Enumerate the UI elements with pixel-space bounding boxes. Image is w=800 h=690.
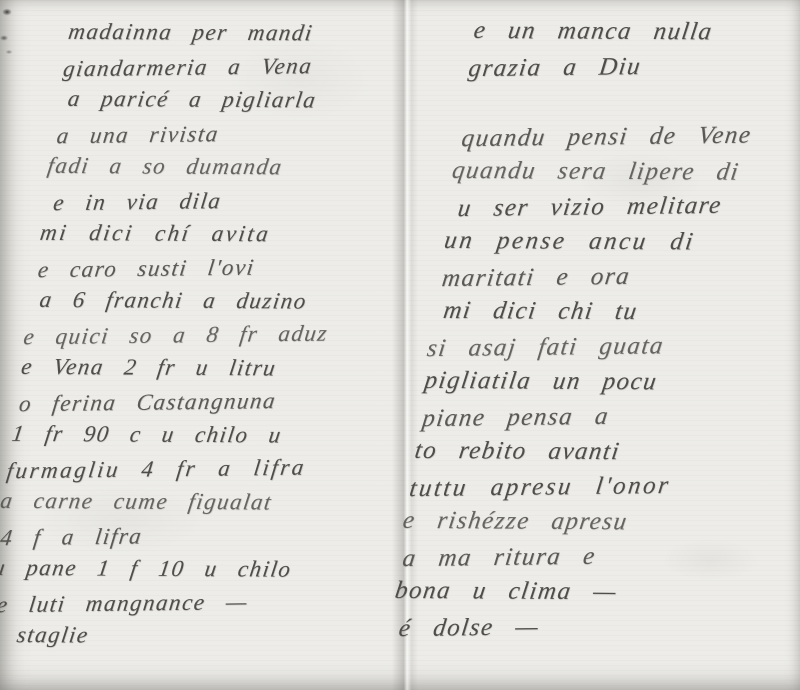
handwritten-line: e un manca nulla (471, 13, 800, 50)
handwritten-line: giandarmeria a Vena (61, 47, 438, 85)
letter-page-left: madainna per mandigiandarmeria a Venaa p… (0, 16, 443, 653)
line-gap (471, 83, 800, 120)
handwritten-line: e caro susti l'ovi (36, 248, 410, 286)
handwritten-line: mi dici chí avita (38, 216, 415, 252)
handwritten-line: madainna per mandi (66, 15, 443, 51)
handwritten-line: pigliatila un pocu (422, 363, 783, 400)
handwritten-line: to rebito avanti (412, 433, 773, 470)
handwritten-line: e quici so a 8 fr aduz (22, 315, 401, 353)
letter-scan: madainna per mandigiandarmeria a Venaa p… (0, 0, 800, 690)
handwritten-line: un pense ancu di (442, 223, 800, 260)
handwritten-line: a staglie (0, 618, 358, 654)
handwritten-line: bona u clima — (393, 573, 754, 610)
handwritten-line: e luti mangnance — (0, 583, 363, 621)
handwritten-line: 1 fr 90 c u chilo u (10, 417, 387, 453)
handwritten-line: e Vena 2 fr u litru (19, 350, 396, 386)
letter-page-right: e un manca nullagrazia a Diuquandu pensi… (388, 14, 800, 644)
handwritten-line: u ser vizio melitare (456, 187, 800, 226)
handwritten-line: u pane 1 f 10 u chilo (0, 551, 367, 587)
handwritten-line: 4 f a lifra (0, 516, 372, 554)
handwritten-line: a paricé a pigliarla (66, 82, 434, 118)
handwritten-line: quandu sera lipere di (450, 153, 800, 190)
handwritten-line: e rishézze apresu (401, 503, 764, 540)
corner-ink-mark (0, 4, 16, 56)
handwritten-line: é dolse — (397, 607, 749, 646)
handwritten-line: quandu pensi de Vene (460, 117, 800, 156)
handwritten-line: a una rivista (55, 114, 429, 152)
handwritten-line: maritati e ora (440, 257, 798, 296)
handwritten-line: tuttu apresu l'onor (407, 467, 768, 506)
handwritten-line: o ferina Castangnuna (17, 382, 391, 420)
handwritten-line: si asaj fati guata (425, 327, 788, 366)
handwritten-line: a carne cume figualat (0, 484, 377, 520)
handwritten-line: piane pensa a (420, 397, 778, 436)
handwritten-line: furmagliu 4 fr a lifra (5, 449, 382, 487)
handwritten-line: e in via dila (51, 181, 419, 219)
handwritten-line: a ma ritura e (400, 537, 758, 576)
handwritten-line: fadi a so dumanda (45, 149, 424, 185)
handwritten-line: mi dici chi tu (441, 293, 793, 330)
handwritten-line: a 6 franchi a duzino (37, 283, 405, 319)
handwritten-line: grazia a Diu (466, 47, 800, 86)
